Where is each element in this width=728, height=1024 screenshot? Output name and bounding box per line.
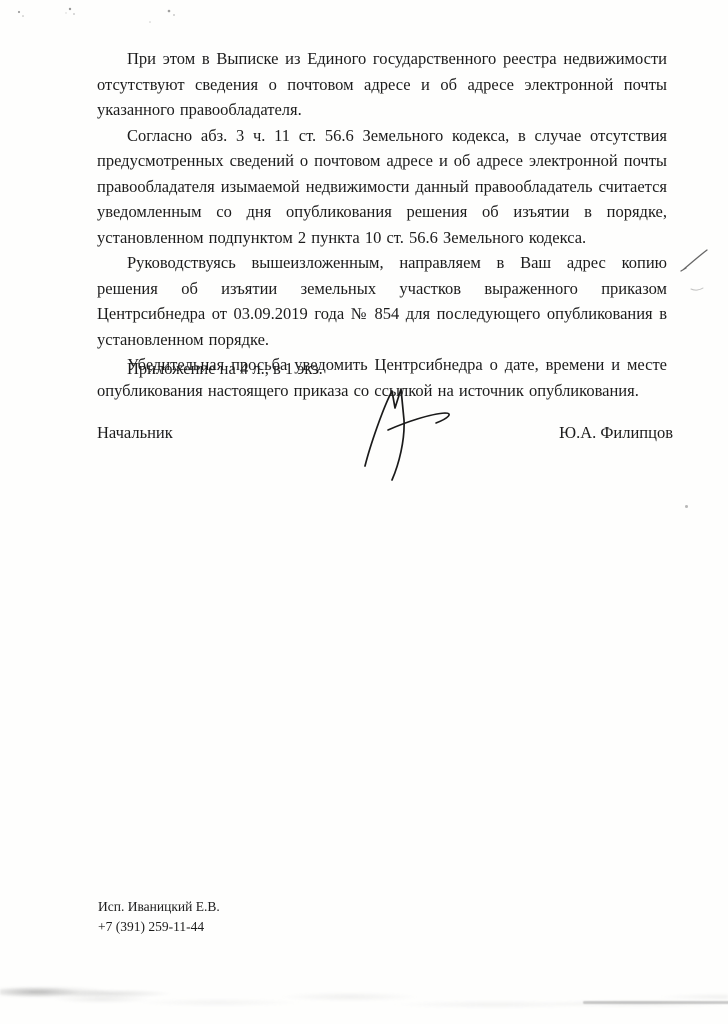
scanned-letter-page: При этом в Выписке из Единого государств…	[0, 0, 728, 1024]
executor-line: Исп. Иваницкий Е.В.	[98, 897, 220, 917]
signer-position: Начальник	[97, 420, 173, 446]
paragraph-egrn: При этом в Выписке из Единого государств…	[97, 46, 667, 123]
paragraph-decision-copy: Руководствуясь вышеизложенным, направляе…	[97, 250, 667, 352]
scan-noise-specks	[0, 0, 280, 44]
signer-name: Ю.А. Филипцов	[559, 420, 673, 446]
pen-mark	[676, 242, 726, 300]
paragraph-land-code: Согласно абз. 3 ч. 11 ст. 56.6 Земельног…	[97, 123, 667, 251]
scan-noise-streak	[583, 1001, 728, 1004]
letter-body: При этом в Выписке из Единого государств…	[97, 46, 667, 403]
scan-noise-corner	[0, 984, 172, 1000]
footer: Исп. Иваницкий Е.В. +7 (391) 259-11-44	[98, 897, 220, 937]
phone-line: +7 (391) 259-11-44	[98, 917, 220, 937]
handwritten-signature	[348, 378, 460, 482]
scan-noise-dot	[685, 505, 688, 508]
